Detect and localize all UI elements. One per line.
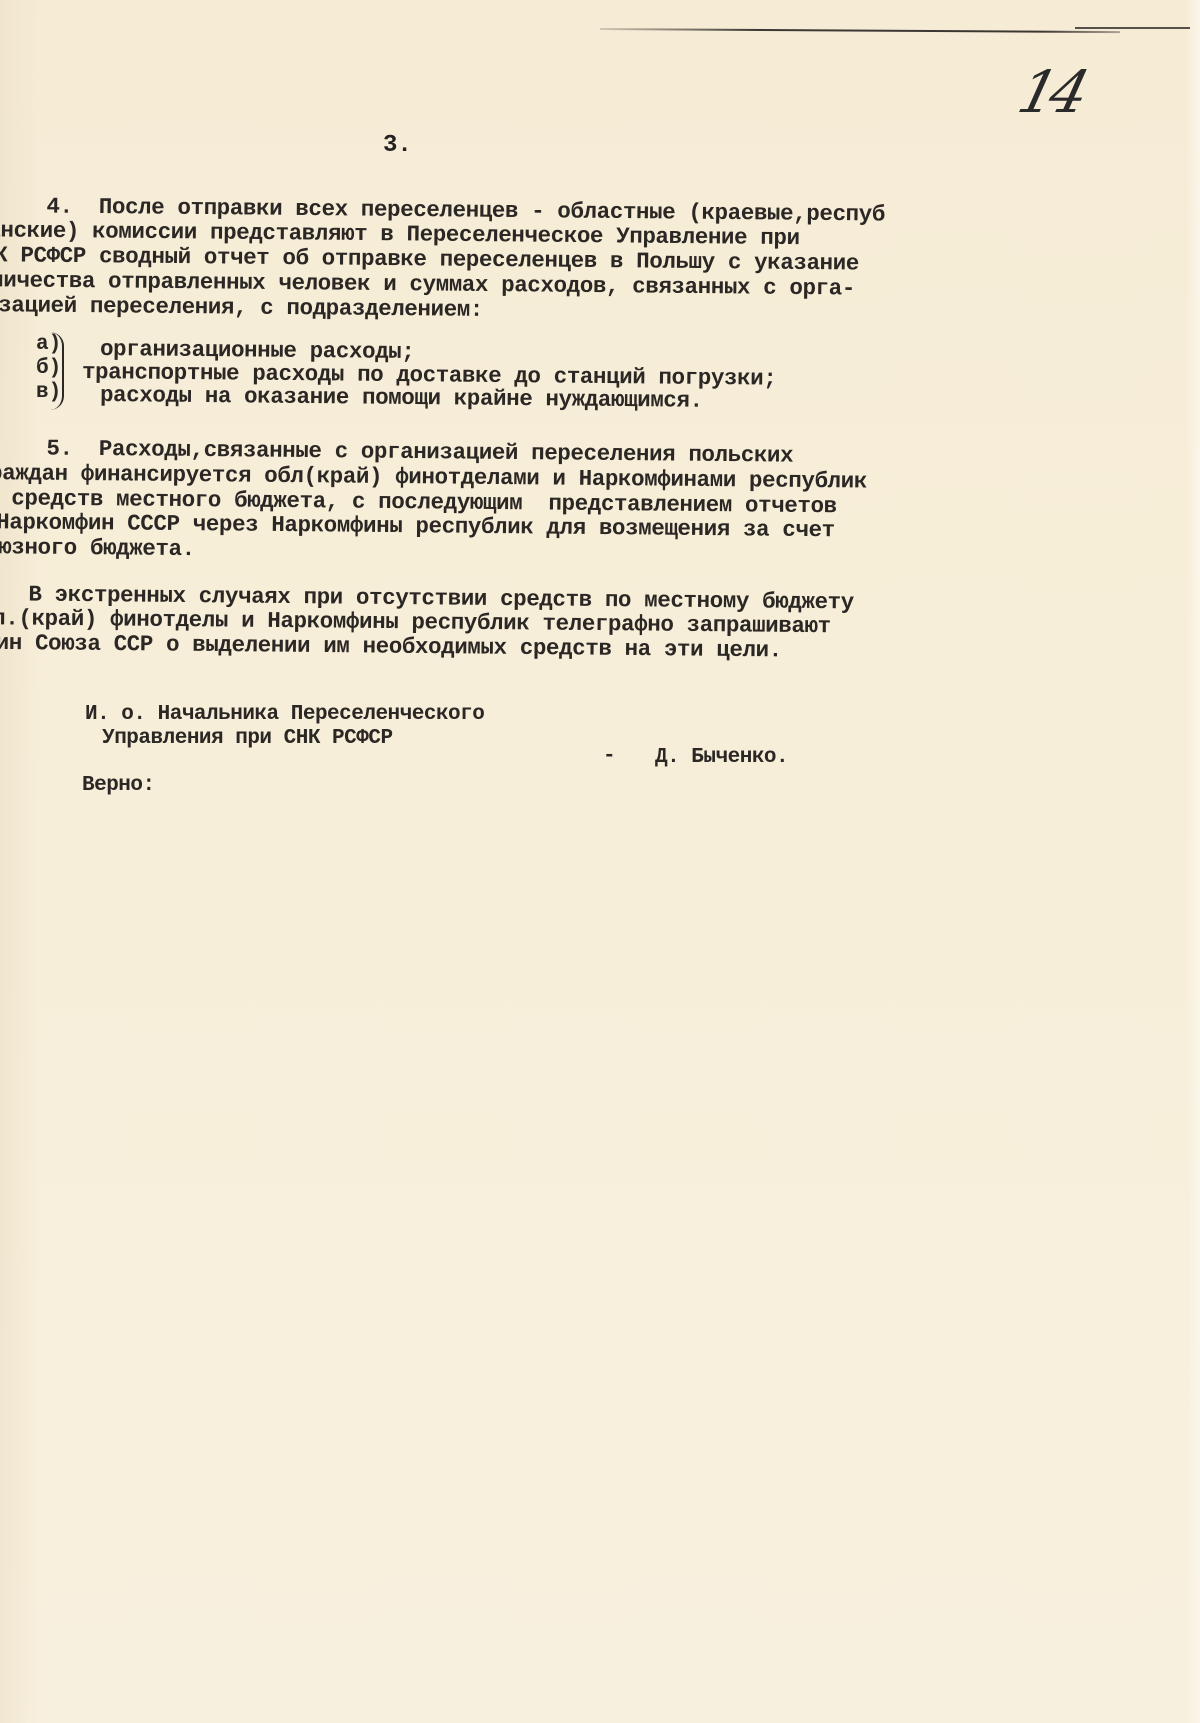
list-marker: в): [36, 382, 61, 404]
document-page: 14 3. 4. После отправки всех переселенце…: [0, 0, 1200, 1723]
handwritten-folio-number: 14: [1012, 58, 1091, 126]
page-number: 3.: [383, 132, 412, 159]
list-marker: а): [36, 334, 61, 356]
page-edge: [1186, 0, 1200, 1723]
signatory-title-line-1: И. о. Начальника Переселенческого: [85, 703, 484, 727]
signature-dash: -: [603, 745, 615, 769]
paragraph-line: низацией переселения, с подразделением:: [0, 293, 483, 322]
certified-label: Верно:: [82, 774, 155, 798]
top-rule-line-end: [1075, 27, 1190, 29]
signatory-title-line-2: Управления при СНК РСФСР: [90, 727, 393, 751]
signatory-name: Д. Быченко.: [655, 746, 788, 770]
top-rule-line: [600, 28, 1120, 33]
paragraph-line: союзного бюджета.: [0, 535, 195, 561]
list-item: расходы на оказание помощи крайне нуждаю…: [100, 383, 703, 413]
list-marker: б): [36, 358, 61, 380]
